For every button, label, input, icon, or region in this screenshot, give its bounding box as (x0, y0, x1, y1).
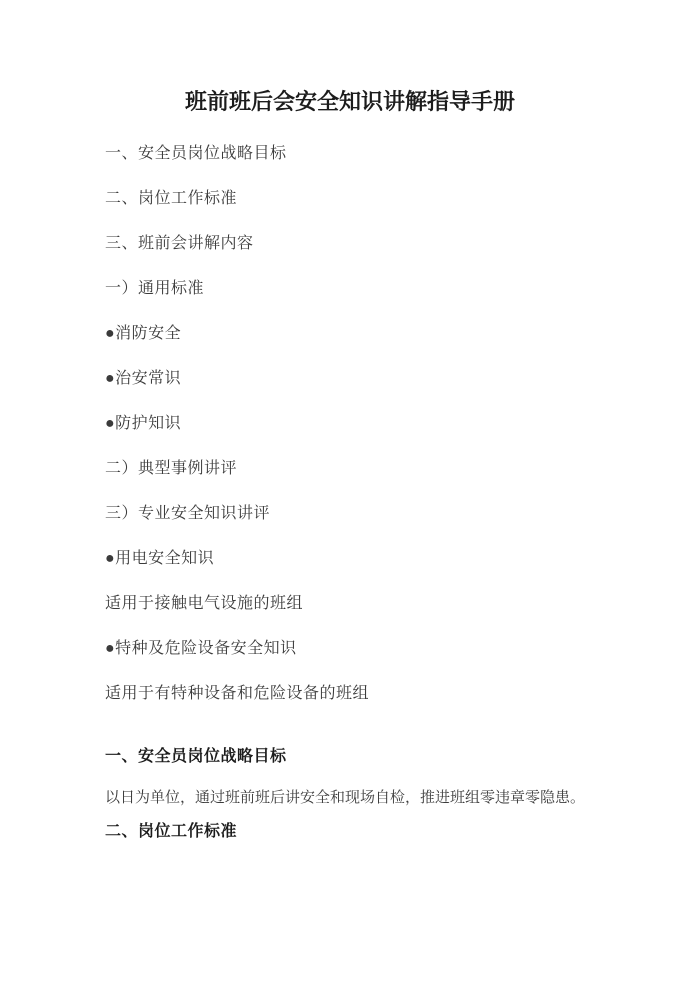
toc-item-7: ●防护知识 (105, 415, 610, 433)
toc-item-13: 适用于有特种设备和危险设备的班组 (105, 685, 610, 703)
document-sections: 一、安全员岗位战略目标 以日为单位，通过班前班后讲安全和现场自检，推进班组零违章… (105, 748, 610, 841)
section-1-body: 以日为单位，通过班前班后讲安全和现场自检，推进班组零违章零隐患。 (105, 789, 610, 806)
toc-item-2: 二、岗位工作标准 (105, 190, 610, 208)
section-2-heading: 二、岗位工作标准 (105, 823, 610, 841)
toc-item-11: 适用于接触电气设施的班组 (105, 595, 610, 613)
document-page: 班前班后会安全知识讲解指导手册 一、安全员岗位战略目标 二、岗位工作标准 三、班… (0, 0, 700, 990)
document-title: 班前班后会安全知识讲解指导手册 (0, 0, 700, 118)
document-content: 一、安全员岗位战略目标 二、岗位工作标准 三、班前会讲解内容 一）通用标准 ●消… (0, 145, 700, 841)
toc-item-4: 一）通用标准 (105, 280, 610, 298)
toc-item-10: ●用电安全知识 (105, 550, 610, 568)
toc-item-6: ●治安常识 (105, 370, 610, 388)
toc-item-12: ●特种及危险设备安全知识 (105, 640, 610, 658)
toc-item-1: 一、安全员岗位战略目标 (105, 145, 610, 163)
toc-item-8: 二）典型事例讲评 (105, 460, 610, 478)
toc-item-5: ●消防安全 (105, 325, 610, 343)
toc-item-3: 三、班前会讲解内容 (105, 235, 610, 253)
toc-item-9: 三）专业安全知识讲评 (105, 505, 610, 523)
section-1-heading: 一、安全员岗位战略目标 (105, 748, 610, 766)
